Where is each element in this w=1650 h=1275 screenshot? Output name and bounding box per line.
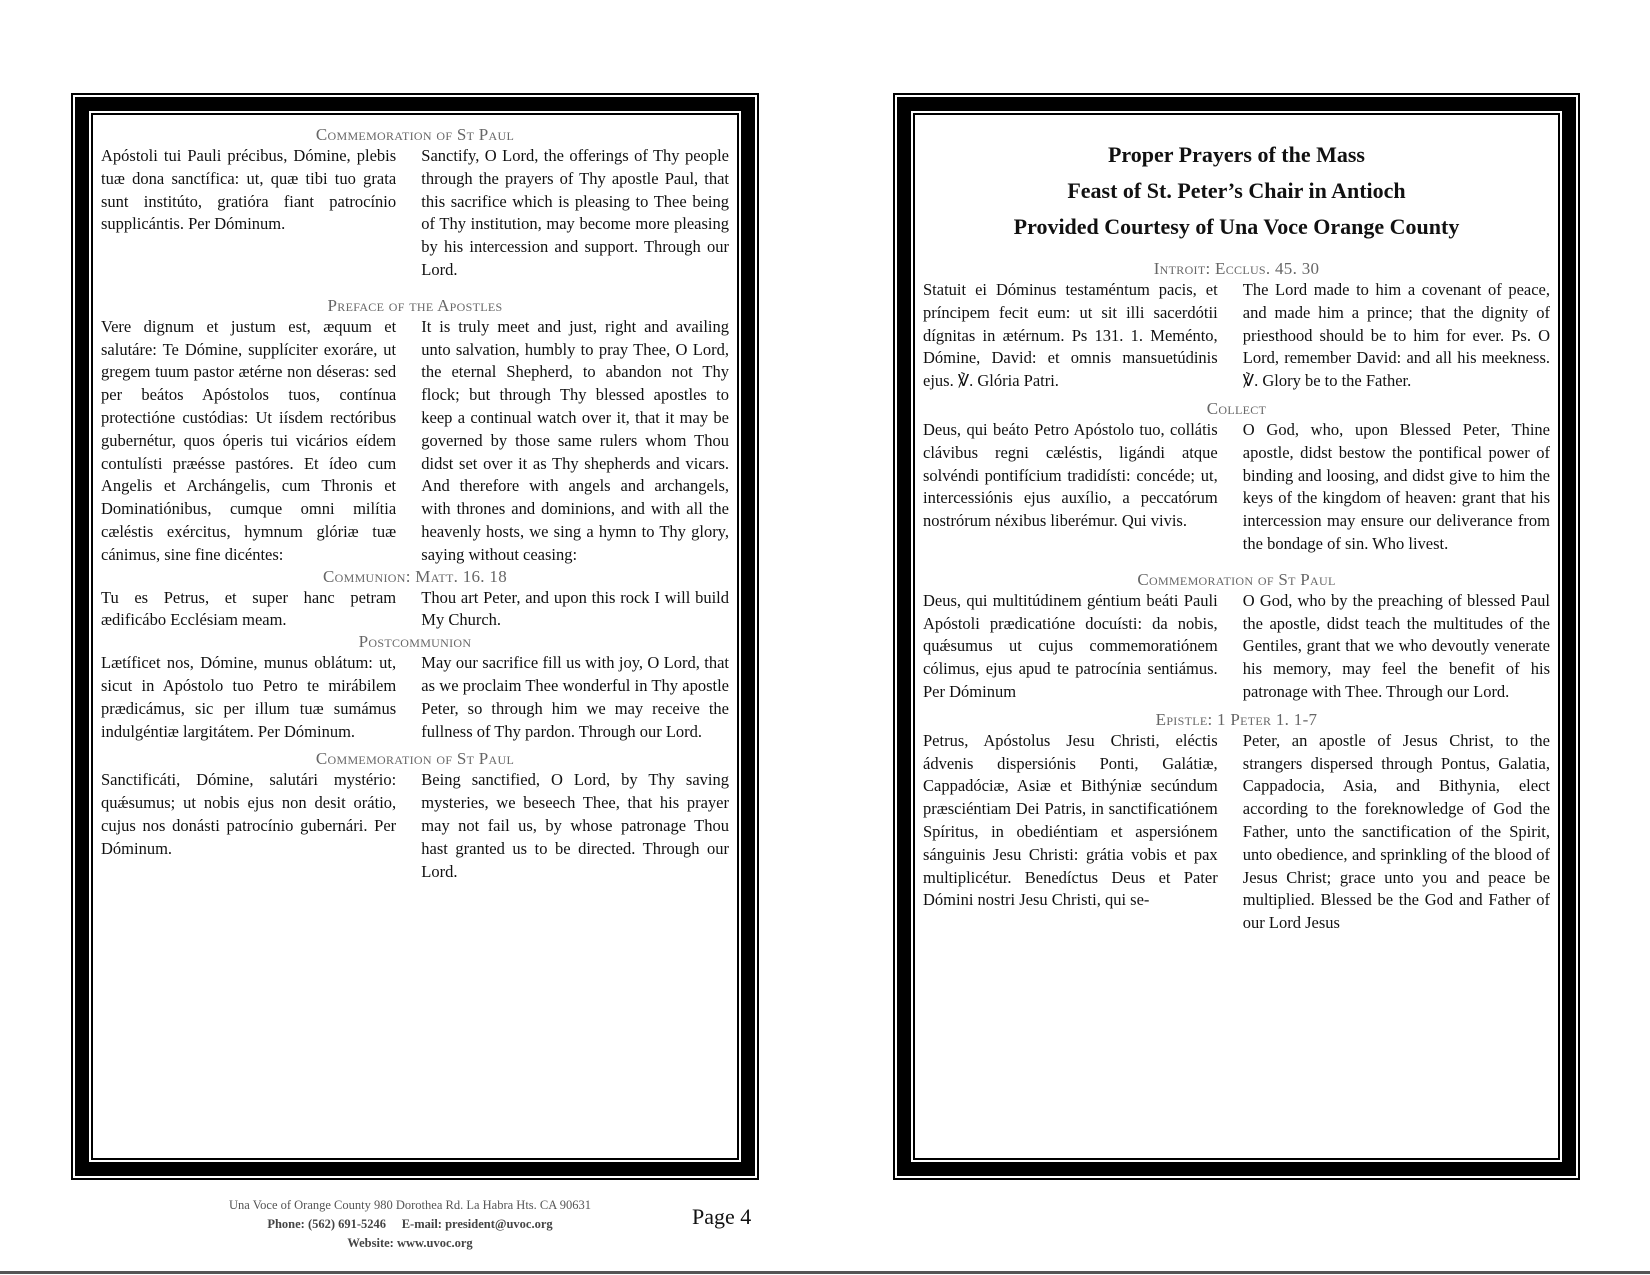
english-text: The Lord made to him a covenant of peace…: [1243, 279, 1550, 393]
document-title: Proper Prayers of the Mass: [923, 137, 1550, 173]
english-text: It is truly meet and just, right and ava…: [421, 316, 729, 567]
left-page-content: Commemoration of St Paul Apóstoli tui Pa…: [101, 125, 729, 1152]
right-page: Proper Prayers of the Mass Feast of St. …: [893, 93, 1580, 1180]
section-heading: Communion: Matt. 16. 18: [101, 567, 729, 587]
latin-text: Deus, qui multitúdinem géntium beáti Pau…: [923, 590, 1218, 704]
page-footer: Una Voce of Orange County 980 Dorothea R…: [150, 1196, 670, 1253]
two-column-text: Deus, qui multitúdinem géntium beáti Pau…: [923, 590, 1550, 704]
document-courtesy-line: Provided Courtesy of Una Voce Orange Cou…: [923, 209, 1550, 245]
english-text: O God, who by the preaching of blessed P…: [1243, 590, 1550, 704]
two-column-text: Lætíficet nos, Dómine, munus oblátum: ut…: [101, 652, 729, 743]
two-column-text: Petrus, Apóstolus Jesu Christi, eléctis …: [923, 730, 1550, 935]
section-heading: Postcommunion: [101, 632, 729, 652]
right-page-content: Proper Prayers of the Mass Feast of St. …: [923, 125, 1550, 1152]
english-text: Peter, an apostle of Jesus Christ, to th…: [1243, 730, 1550, 935]
footer-address: Una Voce of Orange County 980 Dorothea R…: [150, 1196, 670, 1215]
footer-email: E-mail: president@uvoc.org: [402, 1217, 553, 1231]
section-heading: Commemoration of St Paul: [101, 125, 729, 145]
page-number: Page 4: [692, 1204, 751, 1230]
footer-website: Website: www.uvoc.org: [150, 1234, 670, 1253]
two-column-text: Apóstoli tui Pauli précibus, Dómine, ple…: [101, 145, 729, 282]
two-column-text: Deus, qui beáto Petro Apóstolo tuo, coll…: [923, 419, 1550, 556]
latin-text: Sanctificáti, Dómine, salutári mystério:…: [101, 769, 396, 883]
latin-text: Lætíficet nos, Dómine, munus oblátum: ut…: [101, 652, 396, 743]
section-heading: Commemoration of St Paul: [101, 749, 729, 769]
two-column-text: Statuit ei Dóminus testaméntum pacis, et…: [923, 279, 1550, 393]
latin-text: Petrus, Apóstolus Jesu Christi, eléctis …: [923, 730, 1218, 935]
footer-contact: Phone: (562) 691-5246 E-mail: president@…: [150, 1215, 670, 1234]
two-column-text: Tu es Petrus, et super hanc petram ædifi…: [101, 587, 729, 633]
latin-text: Deus, qui beáto Petro Apóstolo tuo, coll…: [923, 419, 1218, 556]
section-heading: Collect: [923, 399, 1550, 419]
latin-text: Statuit ei Dóminus testaméntum pacis, et…: [923, 279, 1218, 393]
section-heading: Commemoration of St Paul: [923, 570, 1550, 590]
section-heading: Epistle: 1 Peter 1. 1-7: [923, 710, 1550, 730]
two-column-text: Vere dignum et justum est, æquum et salu…: [101, 316, 729, 567]
two-column-text: Sanctificáti, Dómine, salutári mystério:…: [101, 769, 729, 883]
document-subtitle: Feast of St. Peter’s Chair in Antioch: [923, 173, 1550, 209]
english-text: Being sanctified, O Lord, by Thy saving …: [421, 769, 729, 883]
latin-text: Apóstoli tui Pauli précibus, Dómine, ple…: [101, 145, 396, 282]
left-page: Commemoration of St Paul Apóstoli tui Pa…: [71, 93, 759, 1180]
english-text: O God, who, upon Blessed Peter, Thine ap…: [1243, 419, 1550, 556]
footer-phone: Phone: (562) 691-5246: [267, 1217, 386, 1231]
english-text: Thou art Peter, and upon this rock I wil…: [421, 587, 729, 633]
latin-text: Vere dignum et justum est, æquum et salu…: [101, 316, 396, 567]
english-text: Sanctify, O Lord, the offerings of Thy p…: [421, 145, 729, 282]
bottom-divider: [0, 1271, 1650, 1274]
latin-text: Tu es Petrus, et super hanc petram ædifi…: [101, 587, 396, 633]
section-heading: Introit: Ecclus. 45. 30: [923, 259, 1550, 279]
english-text: May our sacrifice fill us with joy, O Lo…: [421, 652, 729, 743]
section-heading: Preface of the Apostles: [101, 296, 729, 316]
